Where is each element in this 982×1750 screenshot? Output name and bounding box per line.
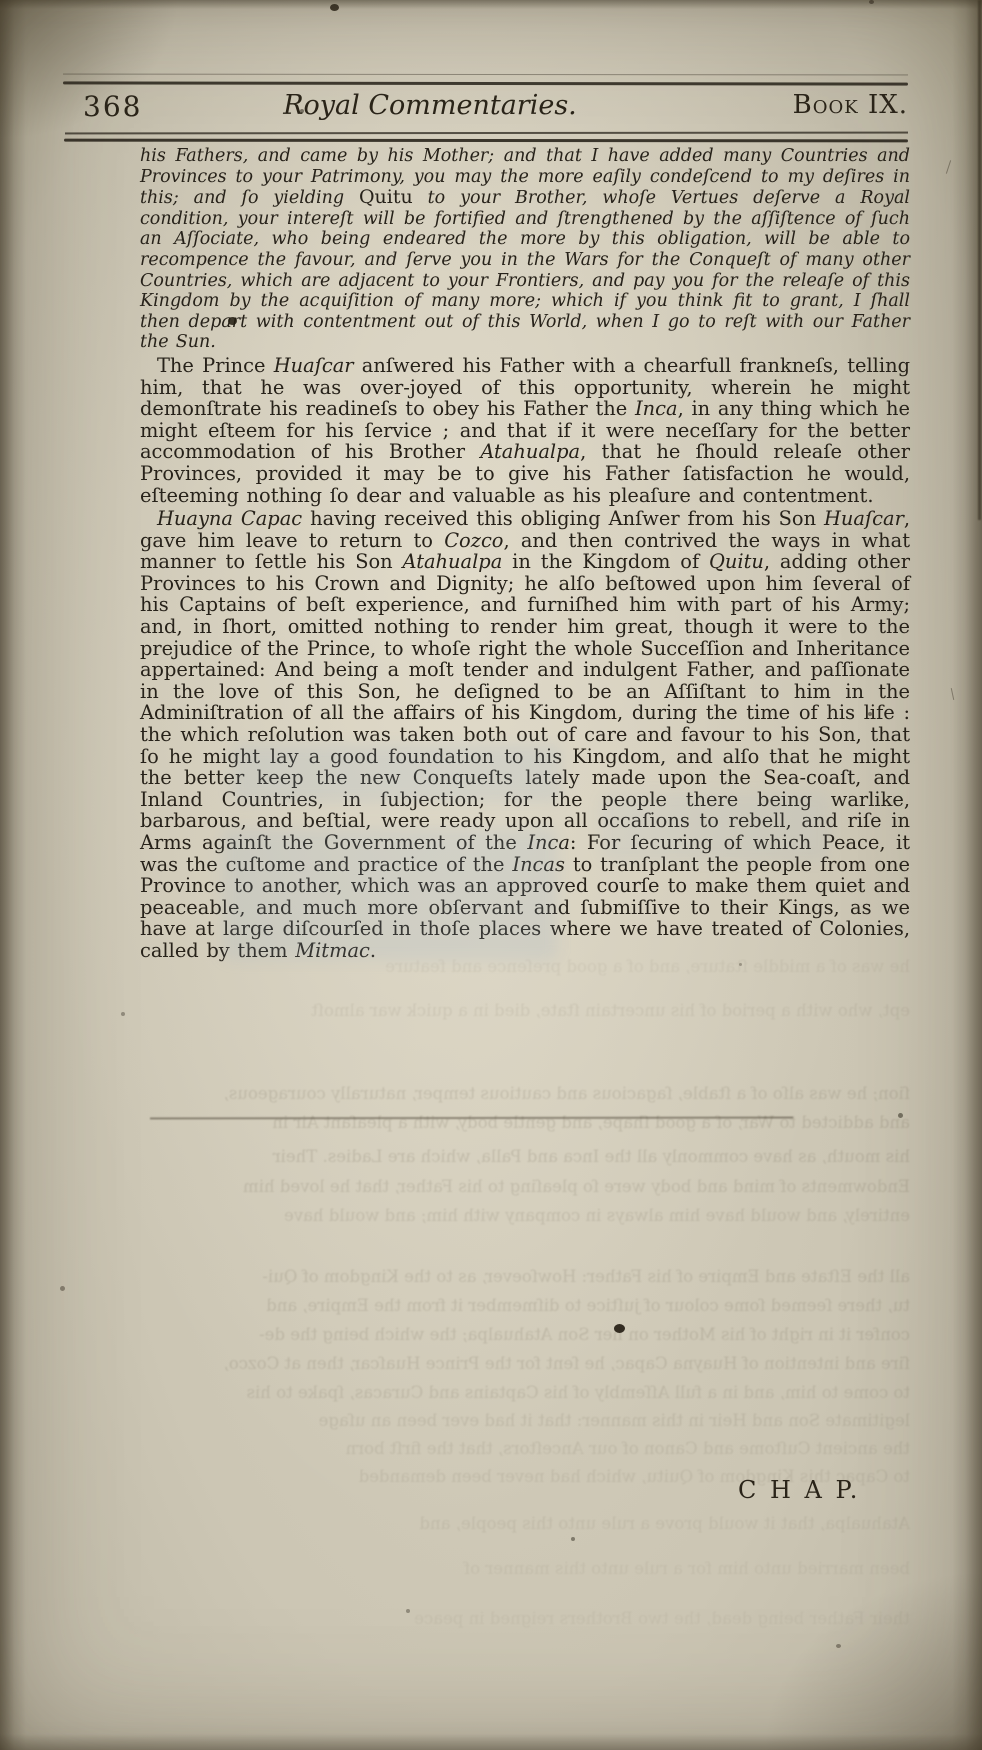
bleedthrough-line: Endowments of mind and body were ſo plea… bbox=[140, 1178, 910, 1196]
bleedthrough-line: tu, there ſeemed ſome colour of juſtice … bbox=[140, 1297, 910, 1315]
paragraph-2: The Prince Huaſcar anſwered his Father w… bbox=[140, 355, 910, 506]
bleedthrough-line: ſire and intention of Huayna Capac, he ſ… bbox=[140, 1355, 910, 1373]
text-run: Quitu bbox=[359, 186, 413, 208]
ink-speck bbox=[739, 963, 742, 966]
bleedthrough-line: to come to him, and in a full Aſſembly o… bbox=[140, 1384, 910, 1402]
text-run: Huayna Capac bbox=[157, 507, 302, 530]
ink-speck bbox=[571, 1537, 575, 1541]
text-run: Huaſcar bbox=[824, 507, 904, 530]
bleedthrough-line: Atahualpa, that it would prove a rule un… bbox=[140, 1515, 910, 1533]
book-page: 368 Royal Commentaries. Book IX. he was … bbox=[0, 0, 982, 1750]
page-bottom-edge-shading bbox=[0, 1734, 982, 1750]
text-run: Inca bbox=[527, 831, 570, 854]
corner-shadow-bottom-right bbox=[762, 1570, 982, 1750]
book-number-label: Book IX. bbox=[793, 90, 908, 120]
text-run: Mitmac bbox=[295, 939, 370, 962]
bleedthrough-line: all the Eſtate and Empire of his Father:… bbox=[140, 1268, 910, 1286]
bleedthrough-line: entirely, and would have him always in c… bbox=[140, 1207, 910, 1225]
text-run: Cozco bbox=[444, 529, 503, 552]
bleedthrough-line: ept, who with a period of his uncertain … bbox=[140, 1002, 910, 1020]
bleedthrough-line: legitimate Son and Heir in this manner: … bbox=[140, 1412, 910, 1430]
catchword-chap: C H A P. bbox=[738, 1476, 860, 1504]
page-left-edge-shading bbox=[0, 0, 26, 1750]
text-run: The Prince bbox=[157, 354, 274, 377]
margin-scratch bbox=[946, 160, 951, 174]
bleedthrough-line: confer it in right of his Mother on her … bbox=[140, 1326, 910, 1344]
margin-scratch bbox=[951, 688, 954, 700]
bleedthrough-line: been married unto him for a rule unto th… bbox=[140, 1560, 910, 1578]
text-run: Huaſcar bbox=[274, 354, 354, 377]
bleedthrough-line: ſion; he was alſo of a ſtable, ſagacious… bbox=[140, 1085, 910, 1103]
page-right-edge-shading bbox=[952, 0, 982, 1750]
text-run: having received this obliging Anſwer fro… bbox=[302, 507, 824, 530]
text-run: Atahualpa bbox=[480, 440, 580, 463]
paragraph-1: his Fathers, and came by his Mother; and… bbox=[140, 146, 910, 353]
ink-speck bbox=[406, 1609, 410, 1613]
bleedthrough-rule-streak bbox=[150, 1117, 793, 1120]
ink-speck bbox=[121, 1012, 125, 1016]
text-run: to your Brother, whoſe Vertues deſerve a… bbox=[140, 188, 910, 352]
bleedthrough-line: his mouth, as have commonly all the Inca… bbox=[140, 1148, 910, 1166]
text-run: Atahualpa bbox=[403, 550, 503, 573]
ink-speck bbox=[898, 1113, 903, 1118]
main-text-block: his Fathers, and came by his Mother; and… bbox=[140, 146, 910, 962]
text-run: Inca bbox=[635, 397, 678, 420]
text-run: in the Kingdom of bbox=[502, 550, 709, 573]
ink-speck bbox=[836, 1644, 841, 1648]
text-run: . bbox=[370, 939, 376, 962]
ink-speck bbox=[60, 1286, 65, 1291]
running-title: Royal Commentaries. bbox=[230, 90, 630, 121]
running-header: 368 Royal Commentaries. Book IX. bbox=[0, 0, 982, 140]
text-run: Incas bbox=[512, 853, 565, 876]
page-number: 368 bbox=[83, 90, 142, 123]
paragraph-3: Huayna Capac having received this obligi… bbox=[140, 508, 910, 961]
ink-speck bbox=[614, 1324, 625, 1333]
bleedthrough-line: their Father being dead, the two Brother… bbox=[140, 1610, 910, 1628]
text-run: Quitu bbox=[709, 550, 764, 573]
text-run: , adding other Provinces to his Crown an… bbox=[140, 550, 910, 854]
bleedthrough-line: the ancient Cuſtome and Canon of our Anc… bbox=[140, 1440, 910, 1458]
